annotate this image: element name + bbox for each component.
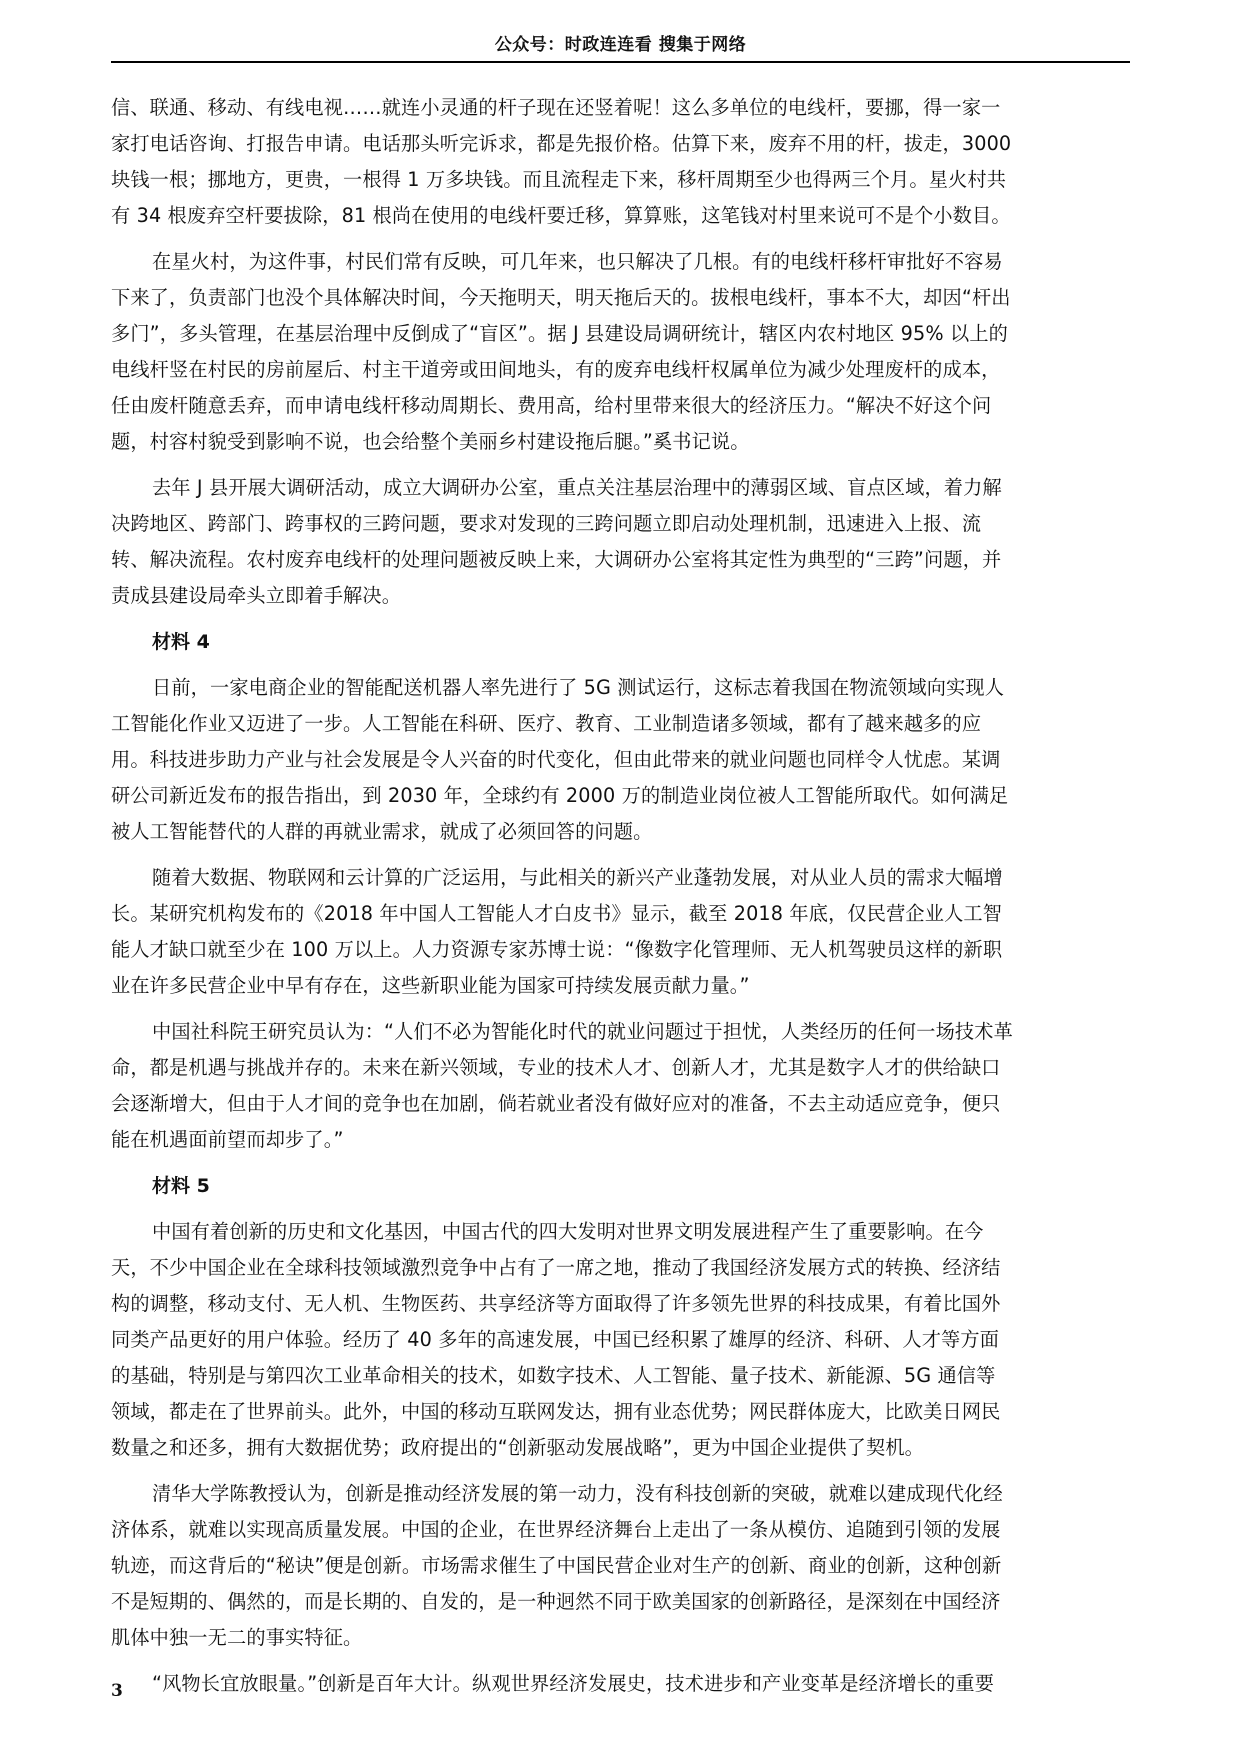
- text-line: 济体系，就难以实现高质量发展。中国的企业，在世界经济舞台上走出了一条从模仿、追随…: [111, 1512, 1135, 1548]
- text-line: 电线杆竖在村民的房前屋后、村主干道旁或田间地头，有的废弃电线杆权属单位为减少处理…: [111, 352, 1135, 388]
- document-body: 信、联通、移动、有线电视……就连小灵通的杆子现在还竖着呢！这么多单位的电线杆，要…: [111, 90, 1135, 1712]
- paragraph: 中国有着创新的历史和文化基因，中国古代的四大发明对世界文明发展进程产生了重要影响…: [111, 1214, 1135, 1466]
- text-line: 随着大数据、物联网和云计算的广泛运用，与此相关的新兴产业蓬勃发展，对从业人员的需…: [111, 860, 1135, 896]
- paragraph: 清华大学陈教授认为，创新是推动经济发展的第一动力，没有科技创新的突破，就难以建成…: [111, 1476, 1135, 1656]
- text-line: 任由废杆随意丢弃，而申请电线杆移动周期长、费用高，给村里带来很大的经济压力。“解…: [111, 388, 1135, 424]
- text-line: 题，村容村貌受到影响不说，也会给整个美丽乡村建设拖后腿。”奚书记说。: [111, 424, 1135, 460]
- page-header: 公众号：时政连连看 搜集于网络: [111, 34, 1130, 56]
- paragraph: 去年 J 县开展大调研活动，成立大调研办公室，重点关注基层治理中的薄弱区域、盲点…: [111, 470, 1135, 614]
- text-line: 能在机遇面前望而却步了。”: [111, 1122, 1135, 1158]
- text-line: 长。某研究机构发布的《2018 年中国人工智能人才白皮书》显示，截至 2018 …: [111, 896, 1135, 932]
- text-line: 日前，一家电商企业的智能配送机器人率先进行了 5G 测试运行，这标志着我国在物流…: [111, 670, 1135, 706]
- text-line: 转、解决流程。农村废弃电线杆的处理问题被反映上来，大调研办公室将其定性为典型的“…: [111, 542, 1135, 578]
- text-line: 同类产品更好的用户体验。经历了 40 多年的高速发展，中国已经积累了雄厚的经济、…: [111, 1322, 1135, 1358]
- text-line: 能人才缺口就至少在 100 万以上。人力资源专家苏博士说：“像数字化管理师、无人…: [111, 932, 1135, 968]
- paragraph: 随着大数据、物联网和云计算的广泛运用，与此相关的新兴产业蓬勃发展，对从业人员的需…: [111, 860, 1135, 1004]
- text-line: 责成县建设局牵头立即着手解决。: [111, 578, 1135, 614]
- text-line: 命，都是机遇与挑战并存的。未来在新兴领域，专业的技术人才、创新人才，尤其是数字人…: [111, 1050, 1135, 1086]
- paragraph: 信、联通、移动、有线电视……就连小灵通的杆子现在还竖着呢！这么多单位的电线杆，要…: [111, 90, 1135, 234]
- text-line: 在星火村，为这件事，村民们常有反映，可几年来，也只解决了几根。有的电线杆移杆审批…: [111, 244, 1135, 280]
- text-line: 构的调整，移动支付、无人机、生物医药、共享经济等方面取得了许多领先世界的科技成果…: [111, 1286, 1135, 1322]
- page-number: 3: [111, 1681, 123, 1701]
- text-line: 业在许多民营企业中早有存在，这些新职业能为国家可持续发展贡献力量。”: [111, 968, 1135, 1004]
- text-line: 决跨地区、跨部门、跨事权的三跨问题，要求对发现的三跨问题立即启动处理机制，迅速进…: [111, 506, 1135, 542]
- text-line: 中国有着创新的历史和文化基因，中国古代的四大发明对世界文明发展进程产生了重要影响…: [111, 1214, 1135, 1250]
- text-line: 的基础，特别是与第四次工业革命相关的技术，如数字技术、人工智能、量子技术、新能源…: [111, 1358, 1135, 1394]
- paragraph: 在星火村，为这件事，村民们常有反映，可几年来，也只解决了几根。有的电线杆移杆审批…: [111, 244, 1135, 460]
- text-line: “风物长宜放眼量。”创新是百年大计。纵观世界经济发展史，技术进步和产业变革是经济…: [111, 1666, 1135, 1702]
- text-line: 去年 J 县开展大调研活动，成立大调研办公室，重点关注基层治理中的薄弱区域、盲点…: [111, 470, 1135, 506]
- text-line: 会逐渐增大，但由于人才间的竞争也在加剧，倘若就业者没有做好应对的准备，不去主动适…: [111, 1086, 1135, 1122]
- text-line: 清华大学陈教授认为，创新是推动经济发展的第一动力，没有科技创新的突破，就难以建成…: [111, 1476, 1135, 1512]
- paragraph: 日前，一家电商企业的智能配送机器人率先进行了 5G 测试运行，这标志着我国在物流…: [111, 670, 1135, 850]
- text-line: 轨迹，而这背后的“秘诀”便是创新。市场需求催生了中国民营企业对生产的创新、商业的…: [111, 1548, 1135, 1584]
- paragraph: 中国社科院王研究员认为：“人们不必为智能化时代的就业问题过于担忧，人类经历的任何…: [111, 1014, 1135, 1158]
- text-line: 用。科技进步助力产业与社会发展是令人兴奋的时代变化，但由此带来的就业问题也同样令…: [111, 742, 1135, 778]
- text-line: 不是短期的、偶然的，而是长期的、自发的，是一种迥然不同于欧美国家的创新路径，是深…: [111, 1584, 1135, 1620]
- text-line: 研公司新近发布的报告指出，到 2030 年，全球约有 2000 万的制造业岗位被…: [111, 778, 1135, 814]
- text-line: 下来了，负责部门也没个具体解决时间，今天拖明天，明天拖后天的。拔根电线杆，事本不…: [111, 280, 1135, 316]
- text-line: 信、联通、移动、有线电视……就连小灵通的杆子现在还竖着呢！这么多单位的电线杆，要…: [111, 90, 1135, 126]
- text-line: 工智能化作业又迈进了一步。人工智能在科研、医疗、教育、工业制造诸多领域，都有了越…: [111, 706, 1135, 742]
- section-heading-material-4: 材料 4: [111, 624, 1135, 660]
- text-line: 肌体中独一无二的事实特征。: [111, 1620, 1135, 1656]
- text-line: 被人工智能替代的人群的再就业需求，就成了必须回答的问题。: [111, 814, 1135, 850]
- text-line: 领域，都走在了世界前头。此外，中国的移动互联网发达，拥有业态优势；网民群体庞大，…: [111, 1394, 1135, 1430]
- text-line: 数量之和还多，拥有大数据优势；政府提出的“创新驱动发展战略”，更为中国企业提供了…: [111, 1430, 1135, 1466]
- section-heading-material-5: 材料 5: [111, 1168, 1135, 1204]
- text-line: 天，不少中国企业在全球科技领域激烈竞争中占有了一席之地，推动了我国经济发展方式的…: [111, 1250, 1135, 1286]
- text-line: 块钱一根；挪地方，更贵，一根得 1 万多块钱。而且流程走下来，移杆周期至少也得两…: [111, 162, 1135, 198]
- text-line: 家打电话咨询、打报告申请。电话那头听完诉求，都是先报价格。估算下来，废弃不用的杆…: [111, 126, 1135, 162]
- text-line: 中国社科院王研究员认为：“人们不必为智能化时代的就业问题过于担忧，人类经历的任何…: [111, 1014, 1135, 1050]
- text-line: 多门”，多头管理，在基层治理中反倒成了“盲区”。据 J 县建设局调研统计，辖区内…: [111, 316, 1135, 352]
- header-divider: [111, 61, 1130, 63]
- text-line: 有 34 根废弃空杆要拔除，81 根尚在使用的电线杆要迁移，算算账，这笔钱对村里…: [111, 198, 1135, 234]
- paragraph: “风物长宜放眼量。”创新是百年大计。纵观世界经济发展史，技术进步和产业变革是经济…: [111, 1666, 1135, 1702]
